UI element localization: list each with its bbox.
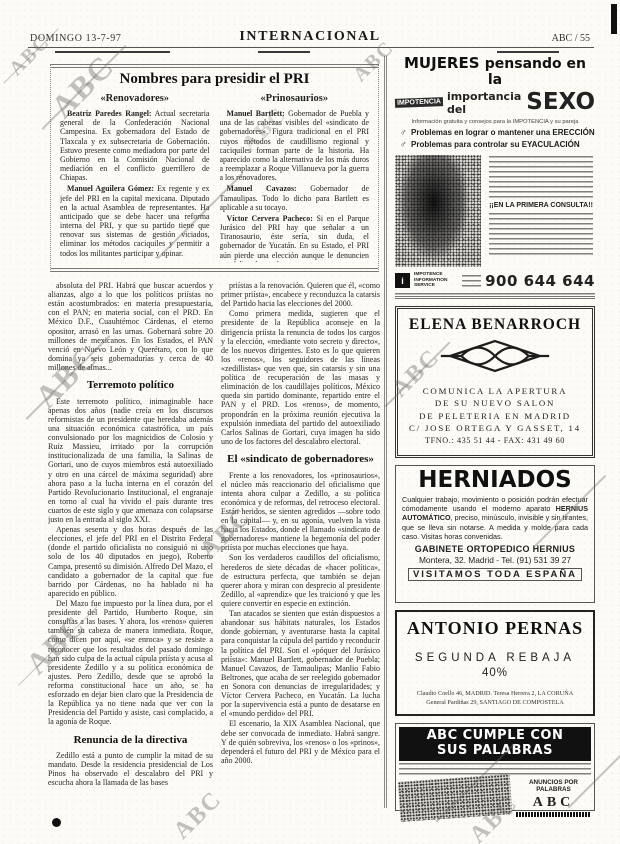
benarroch-emblem-logo xyxy=(439,334,551,378)
article-paragraph: Como primera medida, sugieren que el pre… xyxy=(221,309,380,446)
halftone-portrait-photo xyxy=(395,155,481,267)
ad-headline-mid: importancia del xyxy=(447,90,522,116)
ad-sale-line: SEGUNDA REBAJA xyxy=(403,652,587,664)
ad-impotence-clinic: MUJERES pensando en la IMPOTENCIA import… xyxy=(395,56,595,290)
header-rule-segment xyxy=(497,51,559,53)
ad-phone-number: 900 644 644 xyxy=(485,272,595,290)
profile-name: Manuel Cavazos: xyxy=(227,184,297,193)
profile-text: Actual secretaria general de la Confeder… xyxy=(60,109,210,182)
crosshead-sindicato: El «sindicato de gobernadores» xyxy=(221,453,380,466)
illegible-text-lines xyxy=(489,213,593,257)
ad-antonio-pernas: ANTONIO PERNAS SEGUNDA REBAJA 40% Claudi… xyxy=(395,610,595,716)
promo-banner: ABC CUMPLE CON SUS PALABRAS xyxy=(399,727,591,761)
anuncios-label-line: ANUNCIOS POR xyxy=(516,779,591,786)
header-date: DOMINGO 13-7-97 xyxy=(30,33,122,44)
illegible-text-lines xyxy=(489,156,593,198)
illegible-text-lines xyxy=(399,763,591,775)
ad-fine-print: ¡¡EN LA PRIMERA CONSULTA!! xyxy=(487,155,595,267)
article-paragraph: Son los verdaderos caudillos del oficial… xyxy=(221,553,380,608)
ad-bullet-eyaculacion: Problemas para controlar su EYACULACIÓN xyxy=(411,140,595,149)
ad-brand-name: ELENA BENARROCH xyxy=(404,316,586,334)
ad-text-line: COMUNICA LA APERTURA xyxy=(404,386,586,396)
profile-name: Beatriz Paredes Rangel: xyxy=(67,109,152,118)
newspaper-stack-photo xyxy=(398,774,513,822)
article-paragraph: Este terremoto político, inimaginable ha… xyxy=(48,397,213,525)
ad-address: Claudio Coello 46, MADRID. Teresa Herrer… xyxy=(403,690,587,708)
promo-banner-line: ABC CUMPLE CON xyxy=(399,729,591,744)
ad-address: Montera, 32. Madrid - Tel. (91) 531 39 2… xyxy=(402,555,588,565)
promo-banner-line: SUS PALABRAS xyxy=(399,744,591,759)
ad-text-line: DE SU NUEVO SALON xyxy=(404,398,586,408)
profile-paragraph: Manuel Aguilera Gómez: Ex regente y ex j… xyxy=(60,184,210,257)
ad-headline-2: IMPOTENCIA importancia del SEXO xyxy=(395,90,595,116)
article-paragraph: priístas a la renovación. Quieren que él… xyxy=(221,281,380,308)
ad-text-line: DE PELETERIA EN MADRID xyxy=(404,411,586,421)
profile-paragraph: Beatriz Paredes Rangel: Actual secretari… xyxy=(60,109,210,182)
article-paragraph: Del Mazo fue impuesto por la línea dura,… xyxy=(48,599,213,727)
ad-headline: HERNIADOS xyxy=(402,469,588,492)
consulta-line: ¡¡EN LA PRIMERA CONSULTA!! xyxy=(487,202,595,209)
ad-phone-fax: TFNO.: 435 51 44 - FAX: 431 49 60 xyxy=(404,436,586,445)
ad-address-line: General Pardiñas 29, SANTIAGO DE COMPOST… xyxy=(403,699,587,708)
impotence-service-name: Impotence Information Service xyxy=(414,272,458,289)
ad-address-line: Claudio Coello 46, MADRID. Teresa Herrer… xyxy=(403,690,587,699)
profile-paragraph: Manuel Cavazos: Gobernador de Tamaulipas… xyxy=(220,184,370,211)
impotence-service-logo-icon: i xyxy=(395,273,410,288)
subhead-prinosaurios: «Prinosaurios» xyxy=(220,93,370,105)
header-rule-segment xyxy=(55,51,170,53)
section-title: INTERNACIONAL xyxy=(200,29,420,45)
illegible-text-lines xyxy=(462,275,481,287)
crosshead-renuncia: Renuncia de la directiva xyxy=(48,734,213,747)
ad-brand-name: ANTONIO PERNAS xyxy=(403,618,587,639)
ad-elena-benarroch: ELENA BENARROCH COMUNICA LA APERTURA DE … xyxy=(395,306,595,458)
ad-headline: MUJERES pensando en la xyxy=(395,56,595,88)
ad-address: C/ JOSE ORTEGA Y GASSET, 14 xyxy=(404,423,586,433)
barcode-strip xyxy=(516,812,591,817)
page-number: ABC / 55 xyxy=(552,33,590,44)
page-footer-dot xyxy=(52,818,61,827)
subhead-renovadores: «Renovadores» xyxy=(60,93,210,105)
ad-headline-rest: pensando en la xyxy=(485,56,586,88)
profile-text: Ex regente y ex jefe del PRI en la capit… xyxy=(60,184,210,257)
scan-corner-mark xyxy=(611,4,617,34)
crosshead-terremoto: Terremoto político xyxy=(48,379,213,392)
ad-sidebar: MUJERES pensando en la IMPOTENCIA import… xyxy=(384,56,595,808)
anuncios-label: ANUNCIOS POR PALABRAS xyxy=(516,779,591,793)
feature-col-renovadores: «Renovadores» Beatriz Paredes Rangel: Ac… xyxy=(60,92,210,262)
header-rule-segment xyxy=(258,51,310,53)
illegible-text-lines xyxy=(395,293,595,298)
article-paragraph: absoluta del PRI. Habrá que buscar acuer… xyxy=(48,281,213,372)
newspaper-page: DOMINGO 13-7-97 INTERNACIONAL ABC / 55 A… xyxy=(0,0,620,844)
profile-paragraph: Víctor Cervera Pacheco: Si en el Parque … xyxy=(220,214,370,262)
profile-paragraph: Manuel Bartlett: Gobernador de Puebla y … xyxy=(220,109,370,182)
feature-box: Nombres para presidir el PRI «Renovadore… xyxy=(50,64,379,272)
ad-subline: Información gratuita y consejos para la … xyxy=(395,119,595,125)
feature-col-prinosaurios: «Prinosaurios» Manuel Bartlett: Gobernad… xyxy=(220,92,370,262)
ad-abc-promo: ABC CUMPLE CON SUS PALABRAS ANUNCIOS POR… xyxy=(395,723,595,811)
ad-slogan: VISITAMOS TODA ESPAÑA xyxy=(408,568,582,581)
article-paragraph: Frente a los renovadores, los «prinosaur… xyxy=(221,471,380,553)
article-column-1: absoluta del PRI. Habrá que buscar acuer… xyxy=(48,281,213,805)
article-column-2: priístas a la renovación. Quieren que él… xyxy=(221,281,380,805)
article-paragraph: Zedillo está a punto de cumplir la mitad… xyxy=(48,751,213,787)
profile-name: Manuel Bartlett: xyxy=(227,109,285,118)
ad-headline-word: MUJERES xyxy=(404,54,480,72)
article-paragraph: Apenas sesenta y dos horas después de la… xyxy=(48,525,213,598)
header-rule xyxy=(28,47,594,48)
article-paragraph: Tan atacados se sienten que están dispue… xyxy=(221,609,380,718)
profile-text: Gobernador de Puebla y una de las cabeza… xyxy=(220,109,370,182)
ad-herniados: HERNIADOS Cualquier trabajo, movimiento … xyxy=(395,465,595,603)
profile-name: Manuel Aguilera Gómez: xyxy=(67,184,154,193)
profile-name: Víctor Cervera Pacheco: xyxy=(227,214,313,223)
ad-company-name: GABINETE ORTOPEDICO HERNIUS xyxy=(402,544,588,554)
ad-headline-sexo: SEXO xyxy=(526,92,595,113)
ad-bullet-ereccion: Problemas en lograr o mantener una ERECC… xyxy=(411,128,595,137)
impotencia-stamp: IMPOTENCIA xyxy=(395,97,443,108)
ad-discount-value: 40% xyxy=(403,667,587,679)
article-title: Nombres para presidir el PRI xyxy=(60,71,369,88)
article-paragraph: El escenario, la XIX Asamblea Nacional, … xyxy=(221,719,380,765)
anuncios-label-line: PALABRAS xyxy=(516,786,591,793)
